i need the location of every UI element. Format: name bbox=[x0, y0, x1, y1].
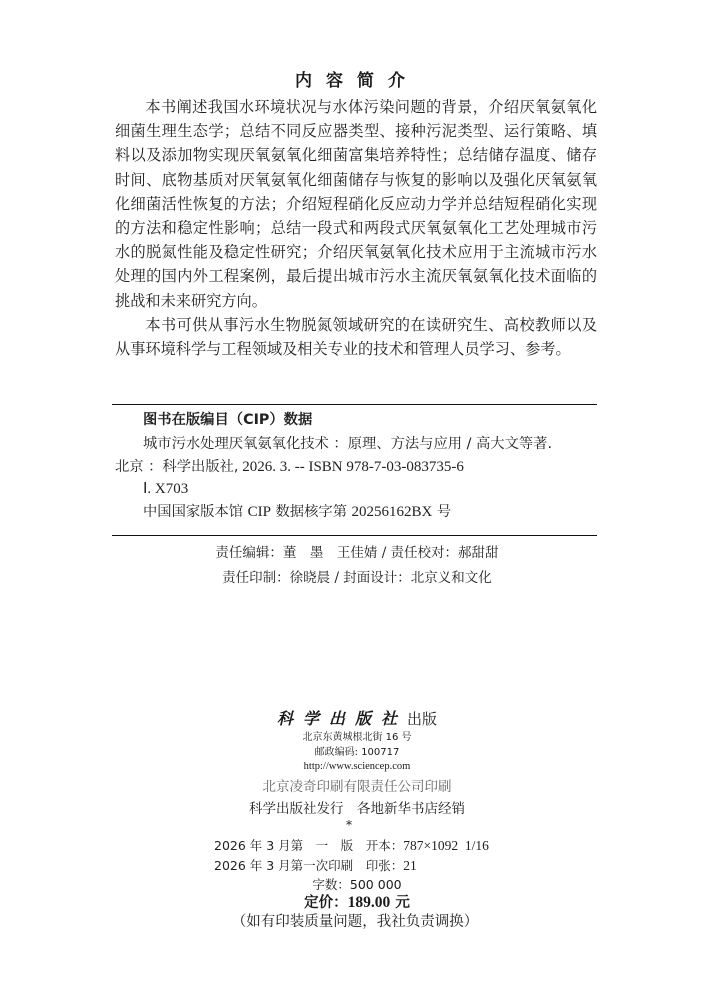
distribution-line: 科学出版社发行 各地新华书店经销 bbox=[0, 798, 714, 820]
credits-editors: 责任编辑：董 墨 王佳婧 / 责任校对：郝甜甜 bbox=[0, 541, 714, 566]
publisher-address: 北京东黄城根北街 16 号 bbox=[0, 730, 714, 745]
summary-paragraph: 本书可供从事污水生物脱氮领域研究的在读研究生、高校教师以及从事环境科学与工程领域… bbox=[115, 313, 597, 361]
cip-classification: Ⅰ. X703 bbox=[115, 478, 597, 501]
quality-notice: （如有印装质量问题，我社负责调换） bbox=[0, 911, 710, 933]
publisher-name-line: 科学出版社出版 bbox=[0, 708, 714, 730]
publisher-postcode: 邮政编码: 100717 bbox=[0, 745, 714, 760]
printing-line: 2026 年 3 月第一次印刷 印张：21 bbox=[214, 856, 489, 876]
cip-bottom-rule bbox=[112, 535, 597, 536]
cip-publication-line: 北京 ：科学出版社, 2026. 3. -- ISBN 978-7-03-083… bbox=[115, 456, 597, 479]
summary-body: 本书阐述我国水环境状况与水体污染问题的背景，介绍厌氧氨氧化细菌生理生态学；总结不… bbox=[115, 95, 597, 361]
cip-top-rule bbox=[112, 404, 597, 405]
print-specs: 2026 年 3 月第 一 版 开本：787×1092 1/16 2026 年 … bbox=[214, 836, 489, 876]
credits-production: 责任印制：徐晓晨 / 封面设计：北京义和文化 bbox=[0, 566, 714, 591]
separator-asterisk: * bbox=[0, 818, 698, 832]
cip-heading: 图书在版编目（CIP）数据 bbox=[115, 409, 597, 432]
publisher-block: 科学出版社出版 北京东黄城根北街 16 号 邮政编码: 100717 http:… bbox=[0, 708, 714, 774]
summary-title: 内容简介 bbox=[0, 70, 714, 92]
edition-line: 2026 年 3 月第 一 版 开本：787×1092 1/16 bbox=[214, 836, 489, 856]
price: 定价：189.00 元 bbox=[0, 893, 714, 913]
cip-block: 图书在版编目（CIP）数据 城市污水处理厌氧氨氧化技术 ：原理、方法与应用 / … bbox=[115, 409, 597, 524]
word-count: 字数：500 000 bbox=[0, 876, 714, 894]
printer-line: 北京凌奇印刷有限责任公司印刷 bbox=[0, 776, 714, 798]
publisher-logo-name: 科学出版社 bbox=[277, 709, 407, 728]
cip-record-number: 中国国家版本馆 CIP 数据核字第 20256162BX 号 bbox=[115, 501, 597, 524]
publisher-url: http://www.sciencep.com bbox=[0, 760, 714, 774]
cip-title-line: 城市污水处理厌氧氨氧化技术 ：原理、方法与应用 / 高大文等著. bbox=[115, 433, 597, 456]
editorial-credits: 责任编辑：董 墨 王佳婧 / 责任校对：郝甜甜 责任印制：徐晓晨 / 封面设计：… bbox=[0, 541, 714, 591]
summary-paragraph: 本书阐述我国水环境状况与水体污染问题的背景，介绍厌氧氨氧化细菌生理生态学；总结不… bbox=[115, 95, 597, 313]
